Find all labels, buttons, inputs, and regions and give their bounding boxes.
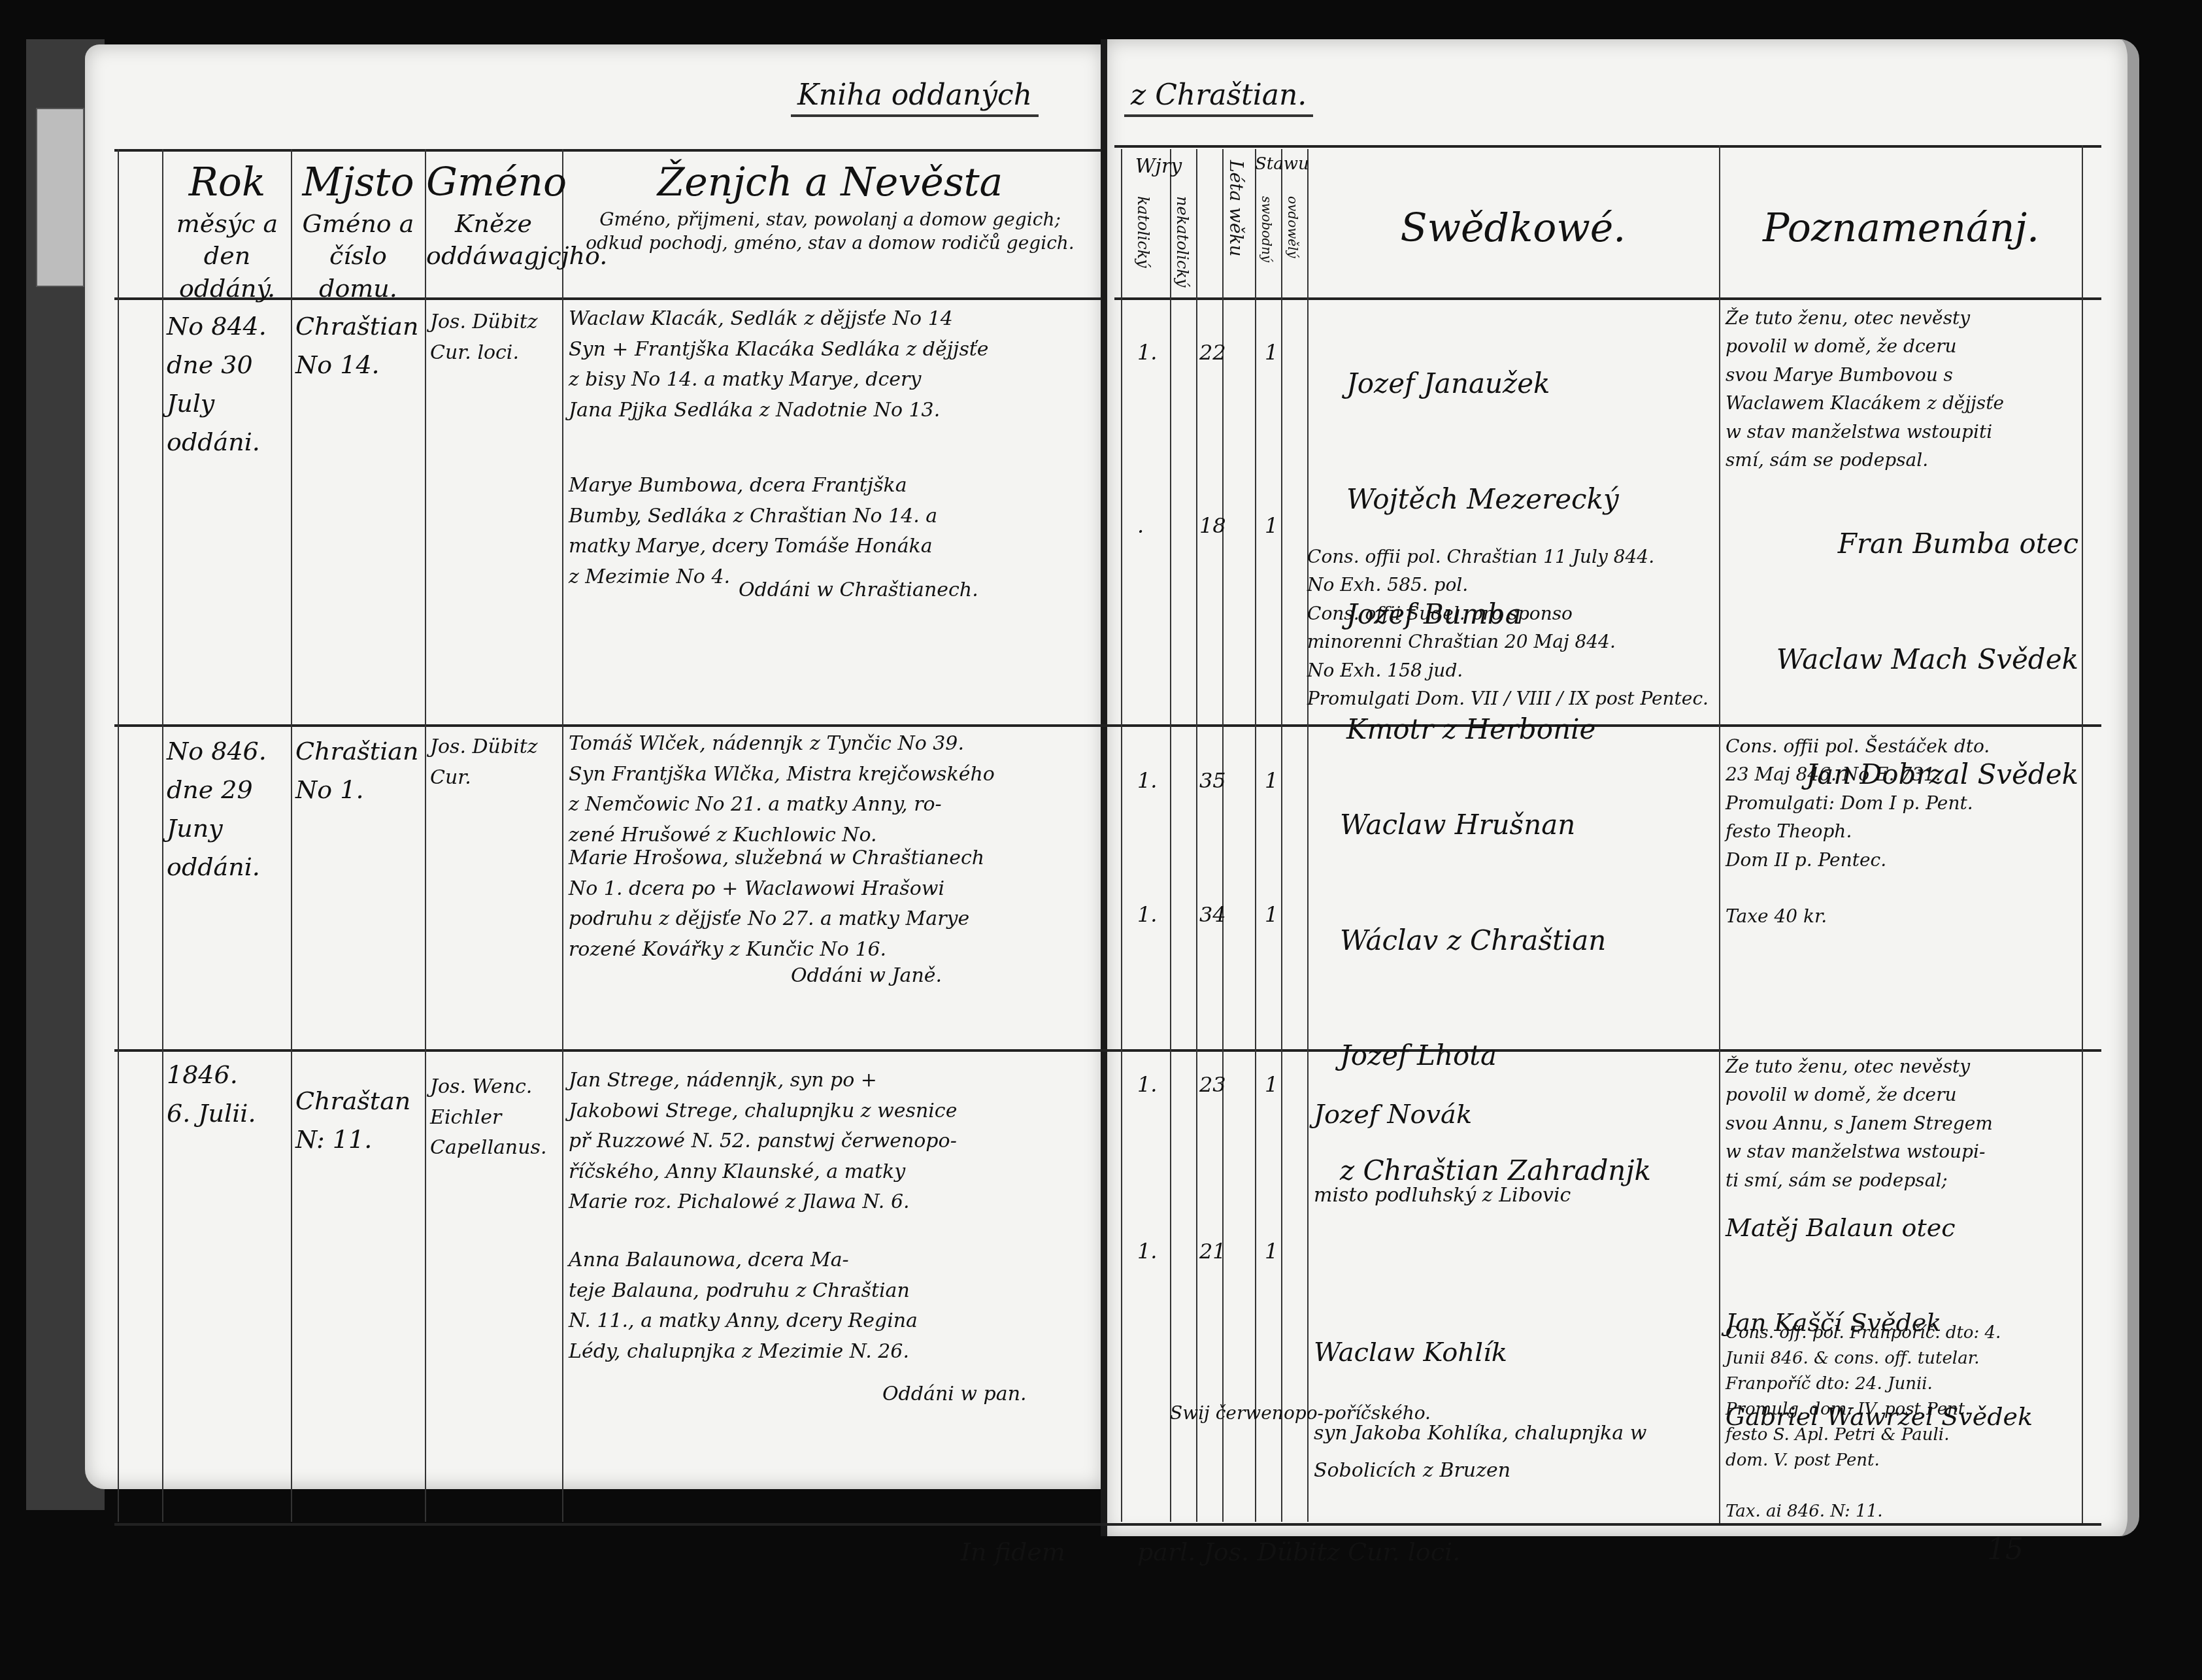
entry-3-witnesses: Jozef Novák misto podluhský z Libovic Wa… bbox=[1314, 1052, 1712, 1526]
entry-3-closing: Oddáni w pan. bbox=[882, 1379, 1078, 1410]
binding-tab bbox=[36, 108, 84, 287]
entry-3-groom-age: 23 bbox=[1199, 1072, 1226, 1097]
entry-3-place: Chraštan N: 11. bbox=[295, 1082, 423, 1159]
entry-2-bride-age: 34 bbox=[1199, 902, 1226, 927]
col-line bbox=[1719, 145, 1720, 1523]
col-header-date-title: Rok bbox=[163, 157, 291, 208]
col-header-witnesses-title: Swědkowé. bbox=[1307, 203, 1719, 254]
entry-3-groom-religion: 1. bbox=[1137, 1072, 1158, 1097]
signature: Waclaw Mach Svědek bbox=[1739, 631, 2078, 688]
col-line bbox=[1170, 149, 1171, 1522]
entry-1-groom-status: 1 bbox=[1265, 340, 1278, 365]
page-number: 15 bbox=[1987, 1533, 2024, 1566]
col-header-religion-noncatholic: nekatolický bbox=[1173, 196, 1192, 294]
col-header-status-single: swobodný bbox=[1259, 196, 1275, 294]
entry-2-date: No 846. dne 29 Juny oddáni. bbox=[167, 732, 291, 886]
col-header-priest-title: Gméno bbox=[426, 157, 561, 208]
col-line bbox=[1255, 149, 1256, 1522]
entry-1-priest: Jos. Dübitz Cur. loci. bbox=[430, 307, 561, 368]
col-header-date: Rok měsýc a den oddáný. bbox=[163, 157, 291, 305]
row-divider-2 bbox=[114, 1049, 2101, 1052]
entry-2-groom-status: 1 bbox=[1265, 768, 1278, 793]
signature: Matěj Balaun otec bbox=[1726, 1204, 2078, 1251]
register-title-left: Kniha oddaných bbox=[791, 78, 1039, 117]
entry-2-groom-age: 35 bbox=[1199, 768, 1226, 793]
col-line bbox=[1121, 149, 1122, 1522]
col-header-age: Léta wěku bbox=[1226, 160, 1247, 291]
col-header-priest: Gméno Kněze oddáwagjcjho. bbox=[426, 157, 561, 273]
entry-2-closing: Oddáni w Janě. bbox=[791, 961, 1052, 992]
col-line bbox=[118, 149, 119, 1522]
entry-3-remarks-notes: Cons. off. pol. Franpoříč. dto: 4. Junii… bbox=[1726, 1320, 2082, 1524]
col-line bbox=[425, 149, 426, 1522]
entry-2-groom-religion: 1. bbox=[1137, 768, 1158, 793]
col-header-couple-title: Ženjch a Nevěsta bbox=[569, 157, 1092, 208]
col-line bbox=[1281, 149, 1282, 1522]
col-header-place: Mjsto Gméno a číslo domu. bbox=[293, 157, 424, 305]
witness-name: Wáclav z Chraštian bbox=[1340, 912, 1712, 969]
col-line bbox=[1196, 149, 1197, 1522]
entry-1-remarks: Že tuto ženu, otec nevěsty povolil w dom… bbox=[1726, 304, 2078, 474]
col-line bbox=[562, 149, 563, 1522]
col-header-remarks: Poznamenánj. bbox=[1720, 203, 2082, 254]
entry-2-priest: Jos. Dübitz Cur. bbox=[430, 732, 561, 793]
entry-3-bride-age: 21 bbox=[1199, 1239, 1226, 1264]
entry-1-bride-religion: . bbox=[1137, 513, 1144, 538]
entry-2-bride-status: 1 bbox=[1265, 902, 1278, 927]
footer-in-fidem: In fidem bbox=[961, 1533, 1105, 1571]
entry-1-groom: Waclaw Klacák, Sedlák z dějjsťe No 14 Sy… bbox=[569, 304, 1092, 426]
entry-1-closing: Oddáni w Chraštianech. bbox=[739, 575, 1065, 606]
entry-3-bride: Anna Balaunowa, dcera Ma- teje Balauna, … bbox=[569, 1245, 1092, 1367]
entry-1-date: No 844. dne 30 July oddáni. bbox=[167, 307, 291, 462]
entry-3-bottom-note: Swij čerwenopo-poříčského. bbox=[1170, 1399, 1497, 1427]
entry-3-groom-status: 1 bbox=[1265, 1072, 1278, 1097]
col-header-remarks-title: Poznamenánj. bbox=[1720, 203, 2082, 254]
entry-3-bride-status: 1 bbox=[1265, 1239, 1278, 1264]
col-header-witnesses: Swědkowé. bbox=[1307, 203, 1719, 254]
col-line bbox=[2082, 145, 2083, 1523]
book-gutter bbox=[1101, 39, 1107, 1536]
col-header-place-title: Mjsto bbox=[293, 157, 424, 208]
entry-1-groom-age: 22 bbox=[1199, 340, 1226, 365]
col-header-status: Stawu bbox=[1255, 154, 1307, 176]
entry-3-groom: Jan Strege, nádennjk, syn po + Jakobowi … bbox=[569, 1066, 1092, 1218]
entry-1-bride-age: 18 bbox=[1199, 513, 1226, 538]
entry-1-groom-religion: 1. bbox=[1137, 340, 1158, 365]
col-header-religion: Wjry bbox=[1121, 154, 1196, 179]
col-header-date-sub: měsýc a den oddáný. bbox=[176, 209, 278, 303]
witness-residence: misto podluhský z Libovic bbox=[1314, 1177, 1712, 1214]
col-header-place-sub: Gméno a číslo domu. bbox=[303, 209, 414, 303]
entry-2-bride: Marie Hrošowa, služebná w Chraštianech N… bbox=[569, 843, 1092, 965]
witness-name: Wojtěch Mezerecký bbox=[1346, 471, 1712, 528]
witness-name: Waclaw Hrušnan bbox=[1340, 796, 1712, 854]
col-header-religion-catholic: katolický bbox=[1134, 196, 1152, 294]
entry-2-remarks: Cons. offii pol. Šestáček dto. 23 Maj 84… bbox=[1726, 732, 2078, 931]
col-line bbox=[162, 149, 163, 1522]
witness-name: Jozef Janaužek bbox=[1346, 355, 1712, 412]
col-line bbox=[291, 149, 292, 1522]
col-header-couple-sub: Gméno, přijmeni, stav, powolanj a domow … bbox=[569, 208, 1092, 256]
col-header-status-widowed: ovdowělý bbox=[1285, 196, 1301, 294]
header-top-rule-right bbox=[1114, 145, 2101, 148]
signature: Fran Bumba otec bbox=[1739, 515, 2078, 573]
entry-2-groom: Tomáš Wlček, nádennjk z Tynčic No 39. Sy… bbox=[569, 729, 1092, 850]
spacer bbox=[1314, 1251, 1712, 1290]
entry-3-bride-religion: 1. bbox=[1137, 1239, 1158, 1264]
entry-3-priest: Jos. Wenc. Eichler Capellanus. bbox=[430, 1072, 561, 1164]
entry-1-place: Chraštian No 14. bbox=[295, 307, 423, 384]
col-header-couple: Ženjch a Nevěsta Gméno, přijmeni, stav, … bbox=[569, 157, 1092, 256]
entry-2-place: Chraštian No 1. bbox=[295, 732, 423, 809]
witness-name: Waclaw Kohlík bbox=[1314, 1328, 1712, 1377]
header-top-rule bbox=[114, 149, 1101, 152]
entry-1-witness-notes: Cons. offii pol. Chraštian 11 July 844. … bbox=[1307, 543, 1712, 713]
footer-signature: parl. Jos. Dübitz Cur. loci. bbox=[1137, 1533, 1660, 1571]
witness-name: Jozef Novák bbox=[1314, 1090, 1712, 1139]
entry-1-bride-status: 1 bbox=[1265, 513, 1278, 538]
entry-2-bride-religion: 1. bbox=[1137, 902, 1158, 927]
col-line bbox=[1307, 149, 1309, 1522]
register-title-right: z Chraštian. bbox=[1124, 78, 1313, 117]
entry-3-date: 1846. 6. Julii. bbox=[167, 1056, 291, 1133]
entry-1-bride: Marye Bumbowa, dcera Frantjška Bumby, Se… bbox=[569, 471, 1092, 592]
